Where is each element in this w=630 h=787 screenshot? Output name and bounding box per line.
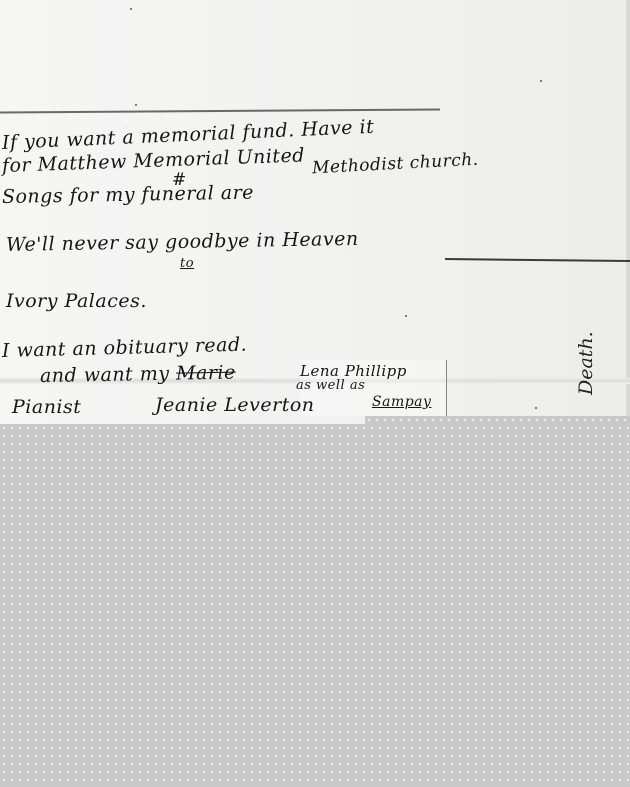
church-line-continued: Methodist church.: [312, 150, 480, 179]
ruled-line-top: [0, 108, 440, 113]
struck-name: Marie: [176, 362, 236, 385]
speck: [130, 8, 132, 10]
pianist-alt-name: Sampay: [372, 394, 431, 410]
singer-line: and want my Marie: [40, 362, 236, 387]
redaction-overlay-top: [365, 416, 630, 424]
scanned-page: If you want a memorial fund. Have it for…: [0, 0, 630, 424]
speck: [405, 315, 407, 317]
page-edge: [626, 0, 630, 424]
song-1: We'll never say goodbye in Heaven: [6, 228, 359, 256]
speck: [135, 104, 137, 106]
song-2: Ivory Palaces.: [6, 290, 147, 312]
ruled-line-right: [445, 258, 630, 261]
songs-heading: Songs for my funeral are: [2, 182, 254, 208]
song-1-note: to: [180, 256, 194, 271]
singer-line-text: and want my: [40, 363, 170, 387]
as-well-as: as well as: [296, 378, 365, 393]
vertical-note-death: Death.: [575, 331, 597, 395]
pianist-name: Jeanie Leverton: [155, 394, 315, 416]
speck: [540, 80, 542, 82]
speck: [535, 407, 537, 409]
redaction-overlay: [0, 424, 630, 787]
pianist-label: Pianist: [12, 396, 81, 418]
obituary-line: I want an obituary read.: [2, 334, 248, 362]
